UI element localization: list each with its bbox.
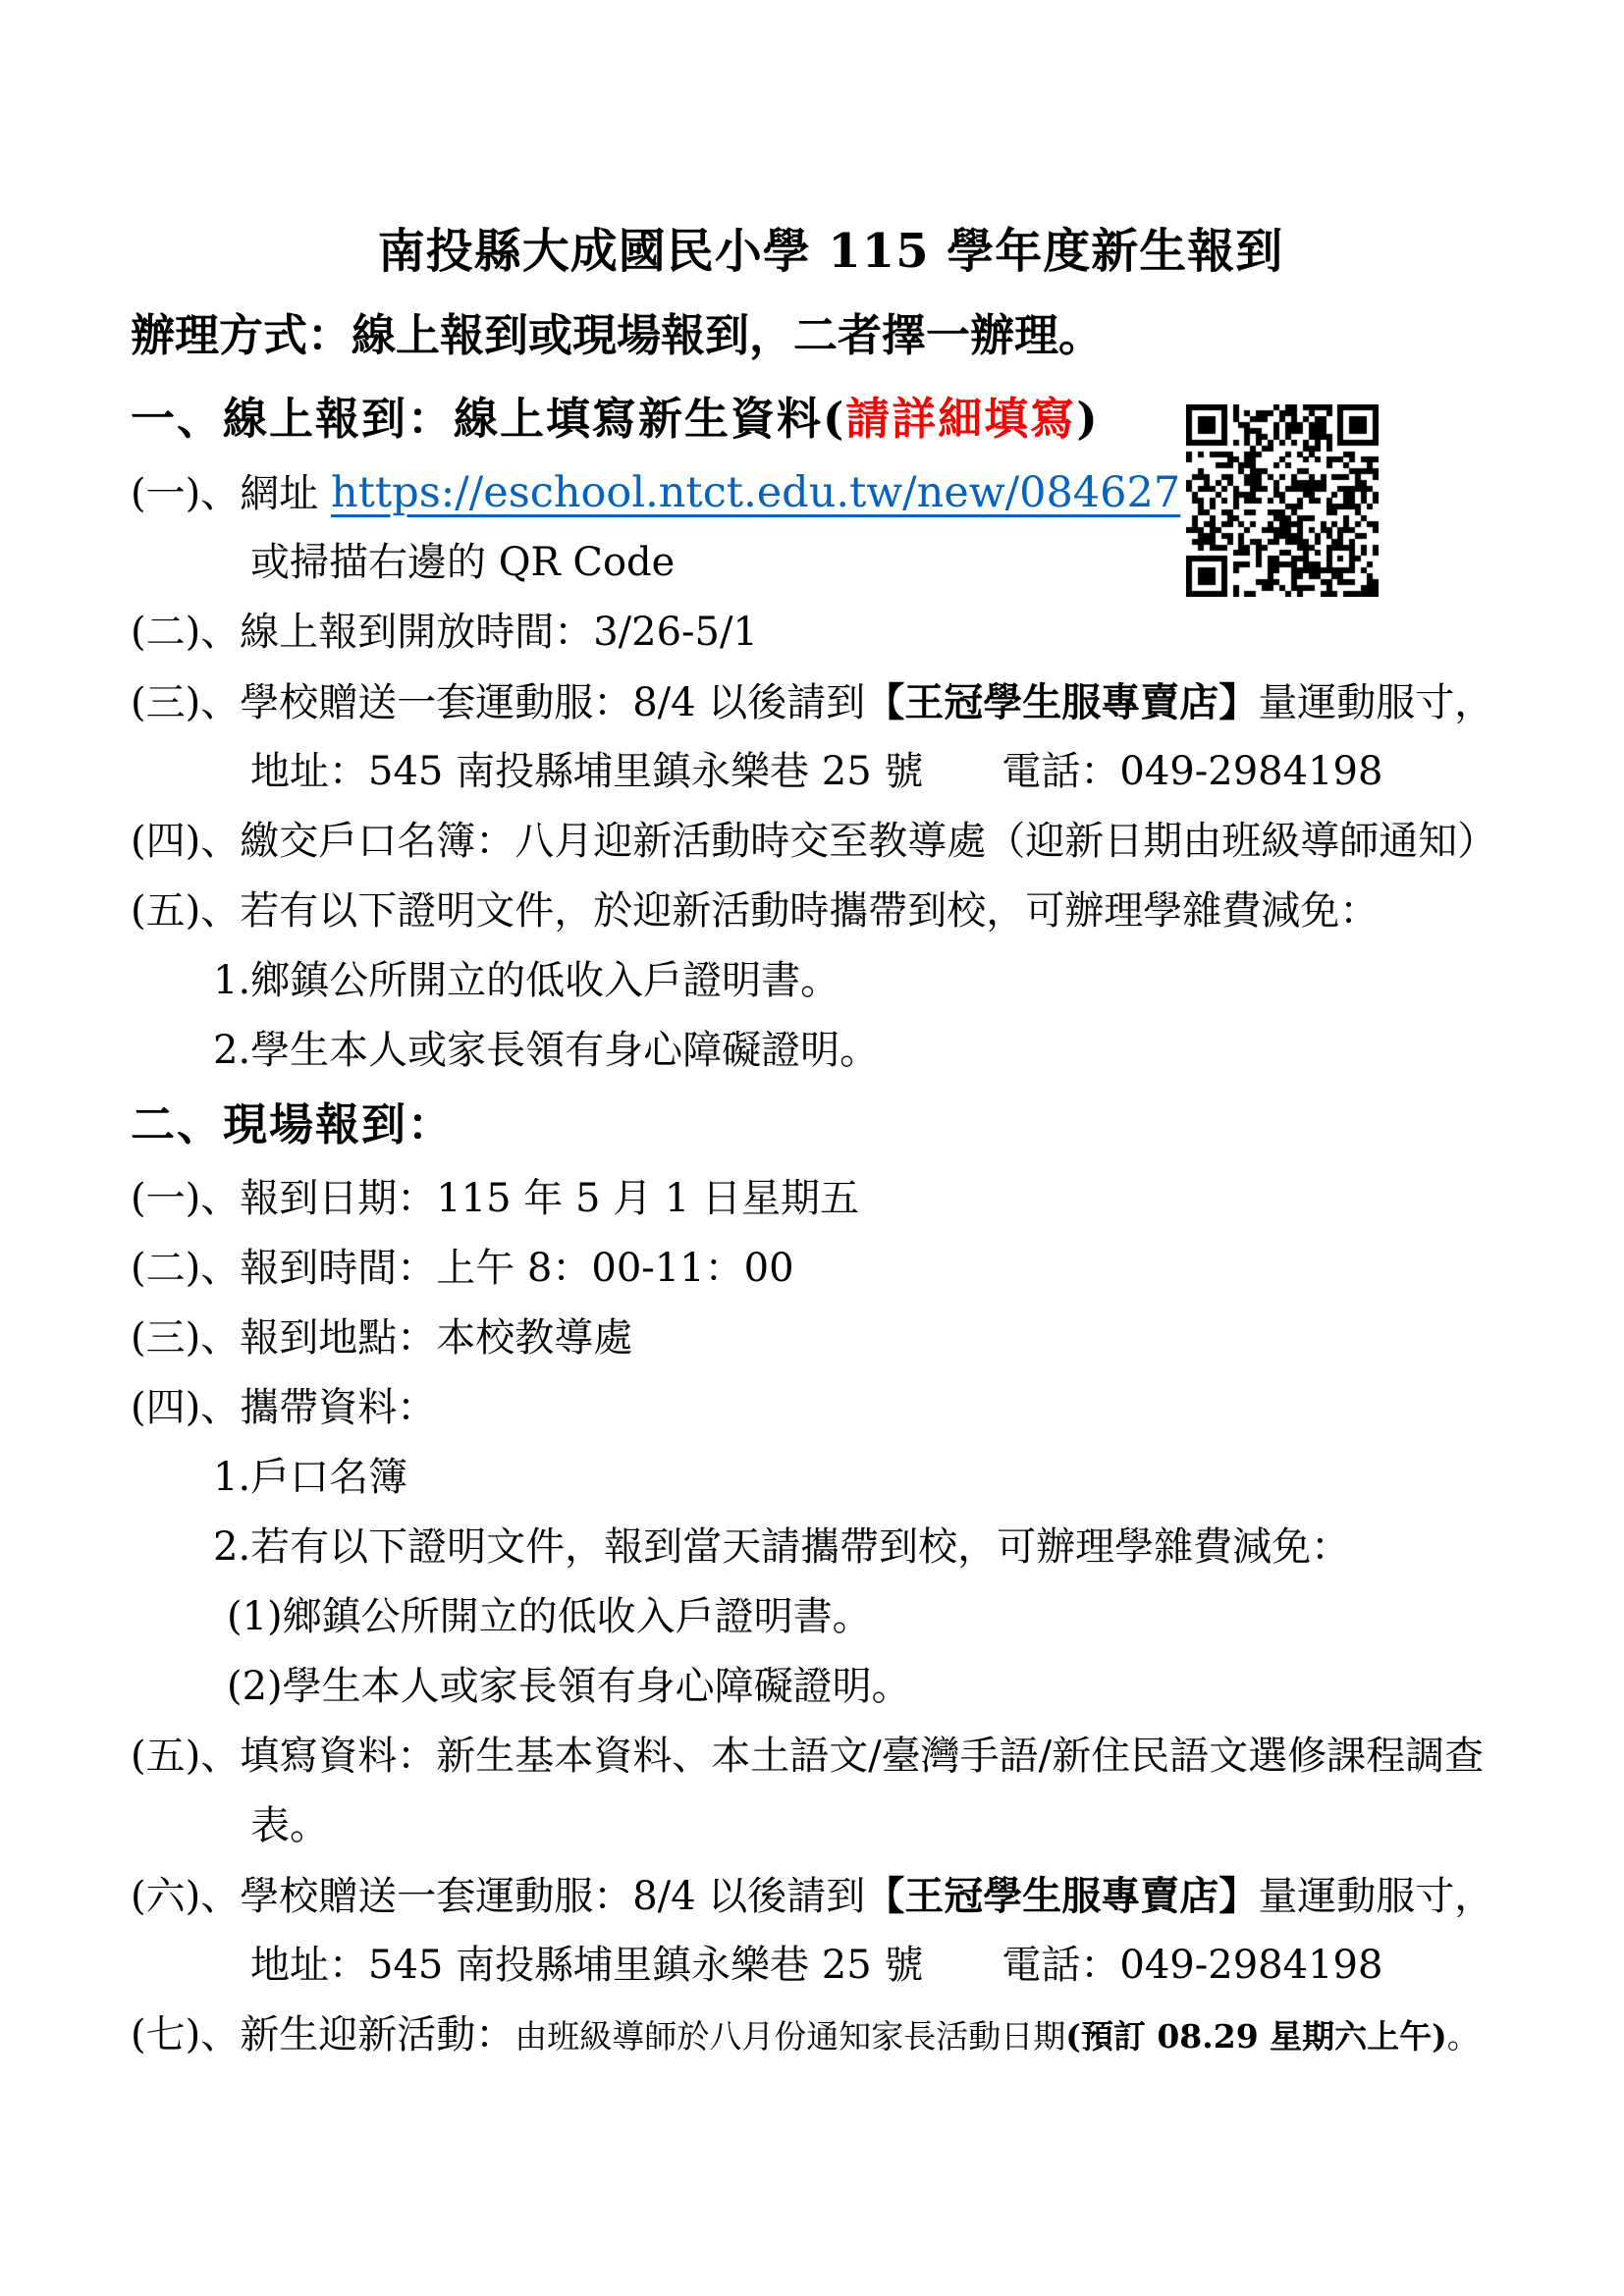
onsite-item-orientation: (七)、新生迎新活動：由班級導師於八月份通知家長活動日期(預訂 08.29 星期… — [131, 2001, 1531, 2070]
online-item-uniform-address: 地址：545 南投縣埔里鎮永樂巷 25 號 電話：049-2984198 — [131, 737, 1531, 807]
document-page: 南投縣大成國民小學 115 學年度新生報到 辦理方式：線上報到或現場報到，二者擇… — [0, 211, 1624, 2070]
intro-line: 辦理方式：線上報到或現場報到，二者擇一辦理。 — [131, 292, 1531, 380]
online-item-fee-waiver: (五)、若有以下證明文件，於迎新活動時攜帶到校，可辦理學雜費減免： — [131, 877, 1531, 946]
onsite-item-forms-line1: (五)、填寫資料：新生基本資料、本土語文/臺灣手語/新住民語文選修課程調查 — [131, 1722, 1531, 1791]
onsite-item-orientation-detail: 由班級導師於八月份通知家長活動日期 — [514, 2017, 1065, 2056]
online-fee-waiver-doc2: 2.學生本人或家長領有身心障礙證明。 — [131, 1016, 1531, 1086]
onsite-item-orientation-period: 。 — [1447, 2017, 1480, 2056]
online-item-uniform: (三)、學校贈送一套運動服：8/4 以後請到【王冠學生服專賣店】量運動服寸， — [131, 667, 1531, 737]
onsite-documents-sub2a: (1)鄉鎮公所開立的低收入戶證明書。 — [131, 1582, 1531, 1652]
section-online-heading-highlight: 請詳細填寫 — [845, 393, 1076, 445]
onsite-item-location: (三)、報到地點：本校教導處 — [131, 1304, 1531, 1373]
onsite-item-time: (二)、報到時間：上午 8：00-11：00 — [131, 1234, 1531, 1304]
online-item-household-register: (四)、繳交戶口名簿：八月迎新活動時交至教導處（迎新日期由班級導師通知） — [131, 807, 1531, 877]
onsite-item-uniform-prefix: (六)、學校贈送一套運動服：8/4 以後請到 — [131, 1874, 865, 1919]
online-item-uniform-shop: 【王冠學生服專賣店】 — [865, 679, 1258, 725]
online-item-url-label: (一)、網址 — [131, 471, 331, 516]
onsite-item-forms-line2: 表。 — [131, 1791, 1531, 1861]
onsite-item-uniform-suffix: 量運動服寸， — [1258, 1874, 1493, 1919]
section-online-heading-suffix: ) — [1076, 393, 1099, 445]
onsite-item-uniform: (六)、學校贈送一套運動服：8/4 以後請到【王冠學生服專賣店】量運動服寸， — [131, 1861, 1531, 1931]
qr-code-image — [1186, 404, 1379, 597]
onsite-documents-sub1: 1.戶口名簿 — [131, 1443, 1531, 1513]
onsite-documents-sub2b: (2)學生本人或家長領有身心障礙證明。 — [131, 1652, 1531, 1722]
onsite-item-uniform-shop: 【王冠學生服專賣店】 — [865, 1873, 1258, 1919]
onsite-item-documents: (四)、攜帶資料： — [131, 1373, 1531, 1443]
section-online-heading-prefix: 一、線上報到：線上填寫新生資料( — [131, 393, 845, 445]
onsite-documents-sub2: 2.若有以下證明文件，報到當天請攜帶到校，可辦理學雜費減免： — [131, 1513, 1531, 1582]
onsite-item-date: (一)、報到日期：115 年 5 月 1 日星期五 — [131, 1164, 1531, 1234]
registration-url-link[interactable]: https://eschool.ntct.edu.tw/new/084627 — [331, 468, 1180, 517]
online-fee-waiver-doc1: 1.鄉鎮公所開立的低收入戶證明書。 — [131, 946, 1531, 1016]
onsite-item-uniform-address: 地址：545 南投縣埔里鎮永樂巷 25 號 電話：049-2984198 — [131, 1931, 1531, 2001]
page-title: 南投縣大成國民小學 115 學年度新生報到 — [131, 211, 1531, 292]
online-item-open-time: (二)、線上報到開放時間：3/26-5/1 — [131, 598, 1531, 667]
onsite-item-orientation-emphasis: (預訂 08.29 星期六上午) — [1065, 2017, 1447, 2056]
online-item-uniform-prefix: (三)、學校贈送一套運動服：8/4 以後請到 — [131, 680, 865, 725]
online-item-uniform-suffix: 量運動服寸， — [1258, 680, 1493, 725]
onsite-item-orientation-label: (七)、新生迎新活動： — [131, 2012, 514, 2057]
section-onsite-heading: 二、現場報到： — [131, 1086, 1531, 1164]
